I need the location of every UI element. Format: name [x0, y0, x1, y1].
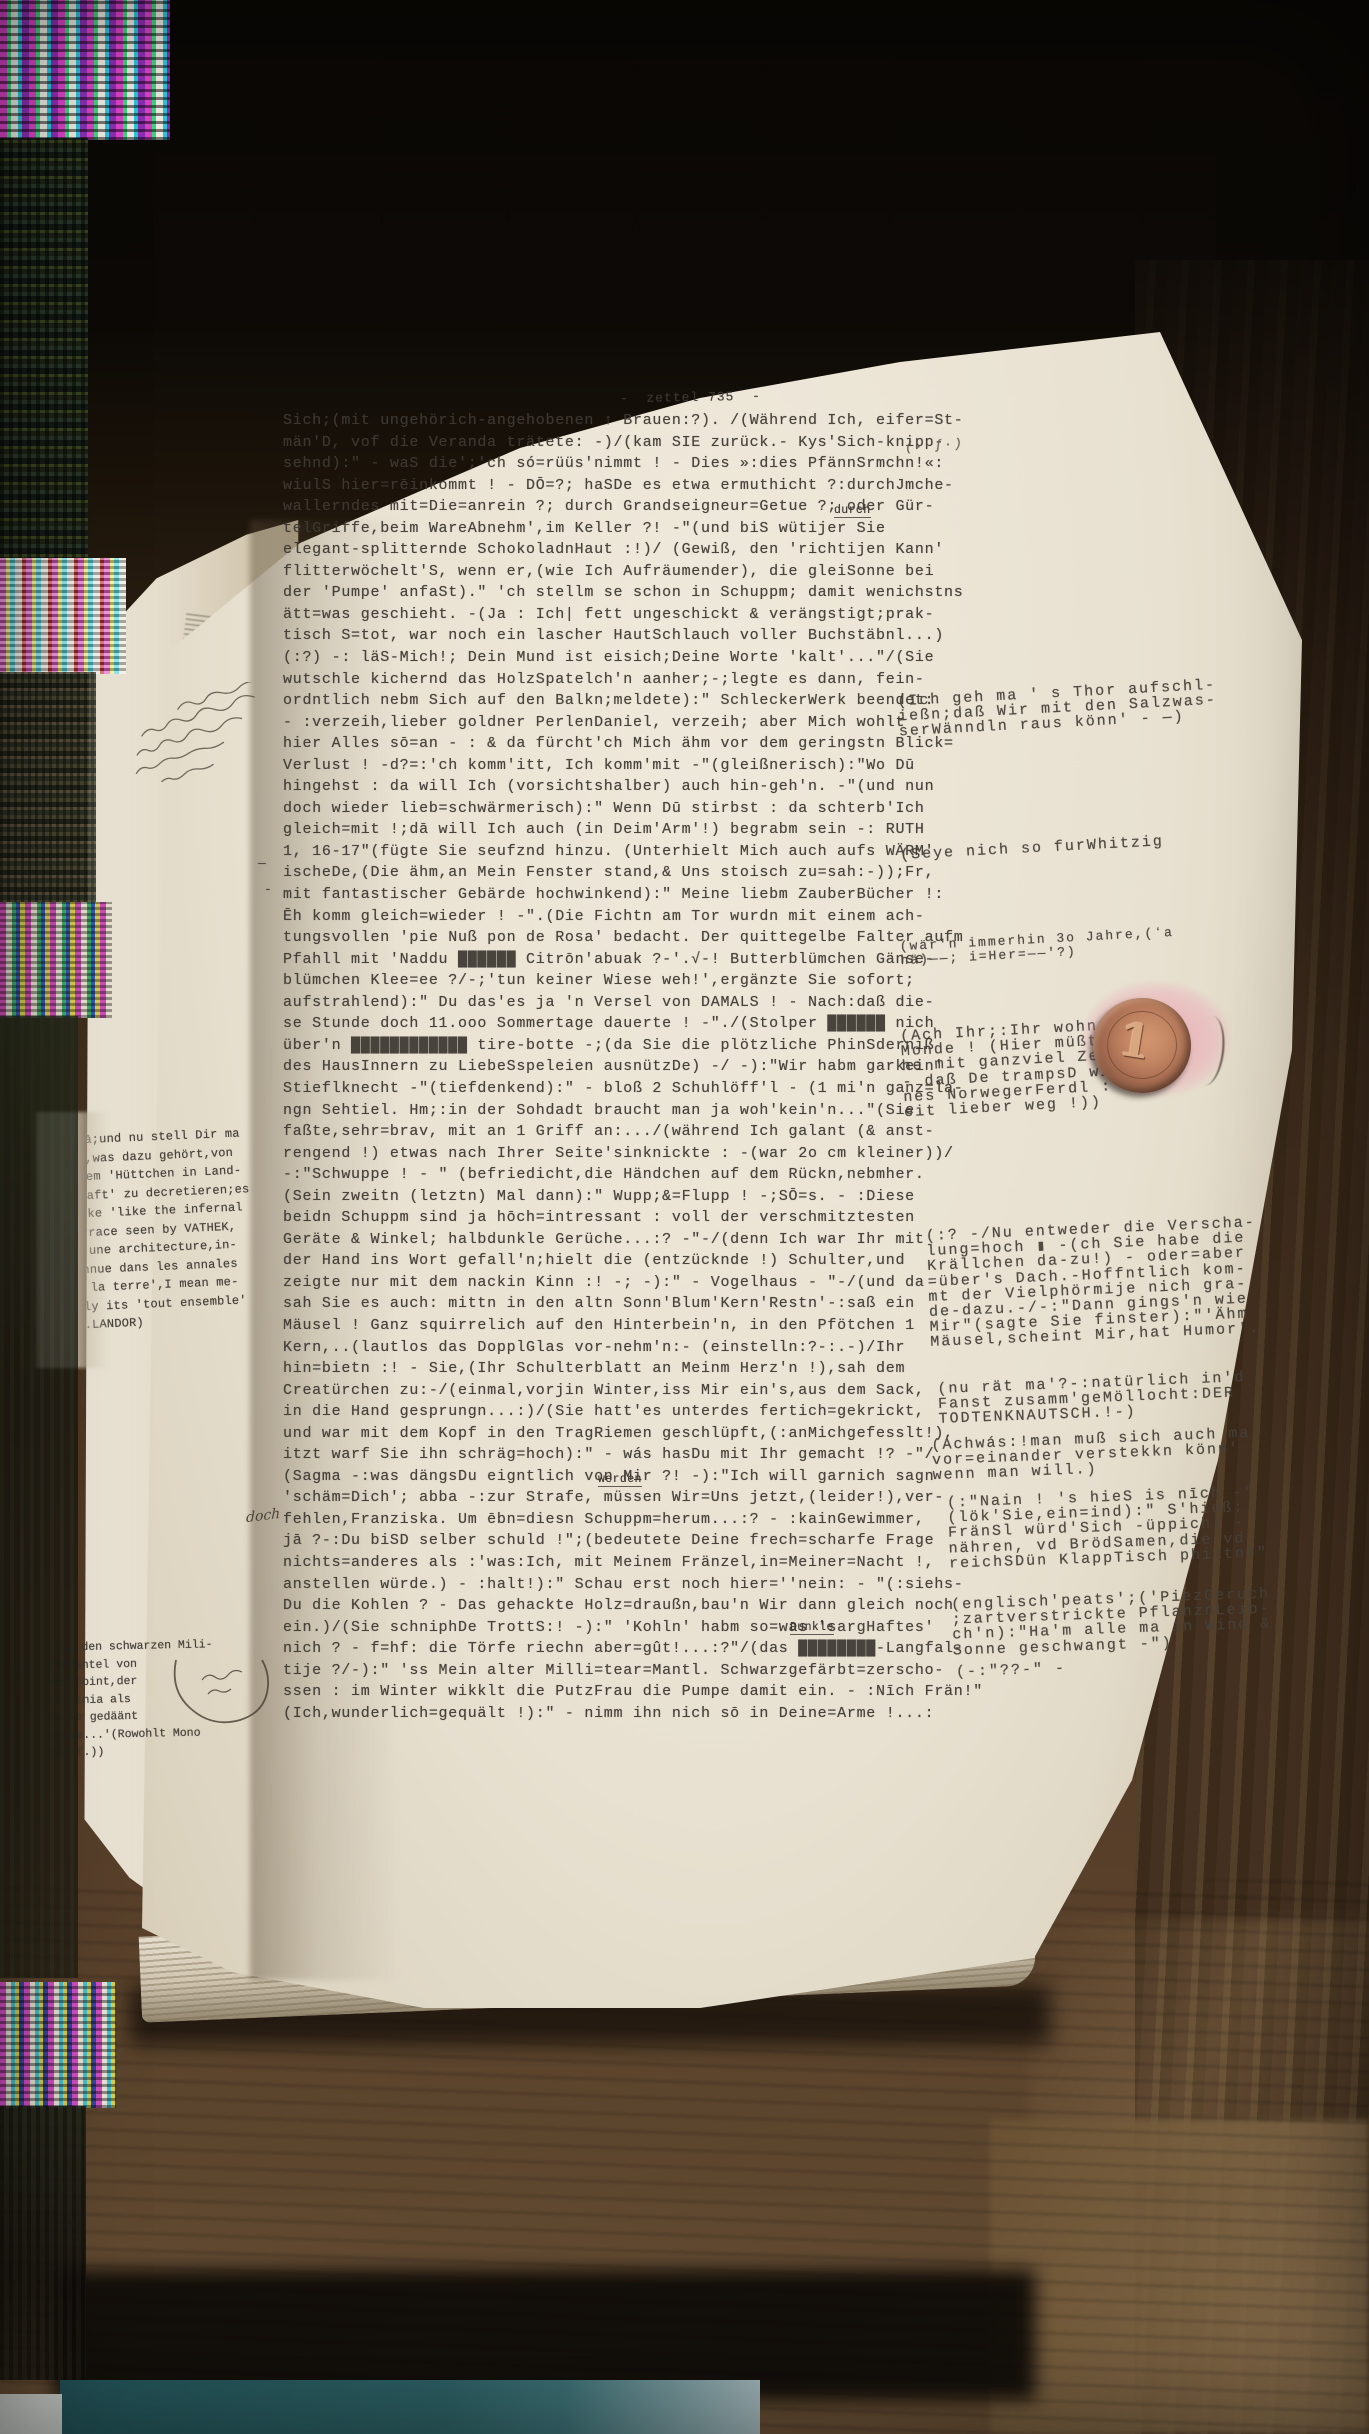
- margin-note-mouse: (:? -/Nu entweder die Verscha- lung=hoch…: [926, 1215, 1261, 1350]
- bottom-edge-object: [60, 2380, 760, 2434]
- glitch-artifact: [0, 558, 126, 674]
- page-header: - zettel 735 -: [620, 389, 761, 406]
- glitch-artifact: [0, 138, 88, 562]
- typed-correction-durch: durch: [834, 504, 871, 518]
- margin-dash: —: [258, 856, 266, 871]
- glitch-artifact: [0, 1016, 78, 1978]
- glitch-artifact: [0, 1982, 116, 2108]
- typed-correction-dunkle: Dunkle: [790, 1621, 834, 1635]
- handwritten-circled-note-icon: [168, 1642, 278, 1737]
- typed-correction-werden: werden: [598, 1473, 642, 1487]
- margin-note-end: (-:"??-" -: [956, 1661, 1066, 1680]
- glitch-artifact: [0, 902, 112, 1018]
- photo-open-book: - zettel 735 - Sich;(mit ungehörich-ange…: [0, 0, 1369, 2434]
- handwritten-note-icon: [112, 682, 312, 782]
- margin-dash: -: [264, 882, 272, 897]
- glitch-artifact: [0, 672, 96, 904]
- margin-note-peats: (englisch'peats';('PiezGeruch ;zartverst…: [951, 1586, 1272, 1658]
- main-text: Sich;(mit ungehörich-angehobenen ↑ Braue…: [283, 410, 983, 1724]
- glitch-artifact: [0, 0, 170, 140]
- margin-note-nain: (:"Nain ! 's hieS is nīch -" (lök'Sie,ei…: [947, 1484, 1269, 1571]
- euro-cent-coin: 1: [1093, 998, 1191, 1093]
- glitch-artifact: [0, 2106, 86, 2380]
- bottom-edge-white: [0, 2394, 62, 2434]
